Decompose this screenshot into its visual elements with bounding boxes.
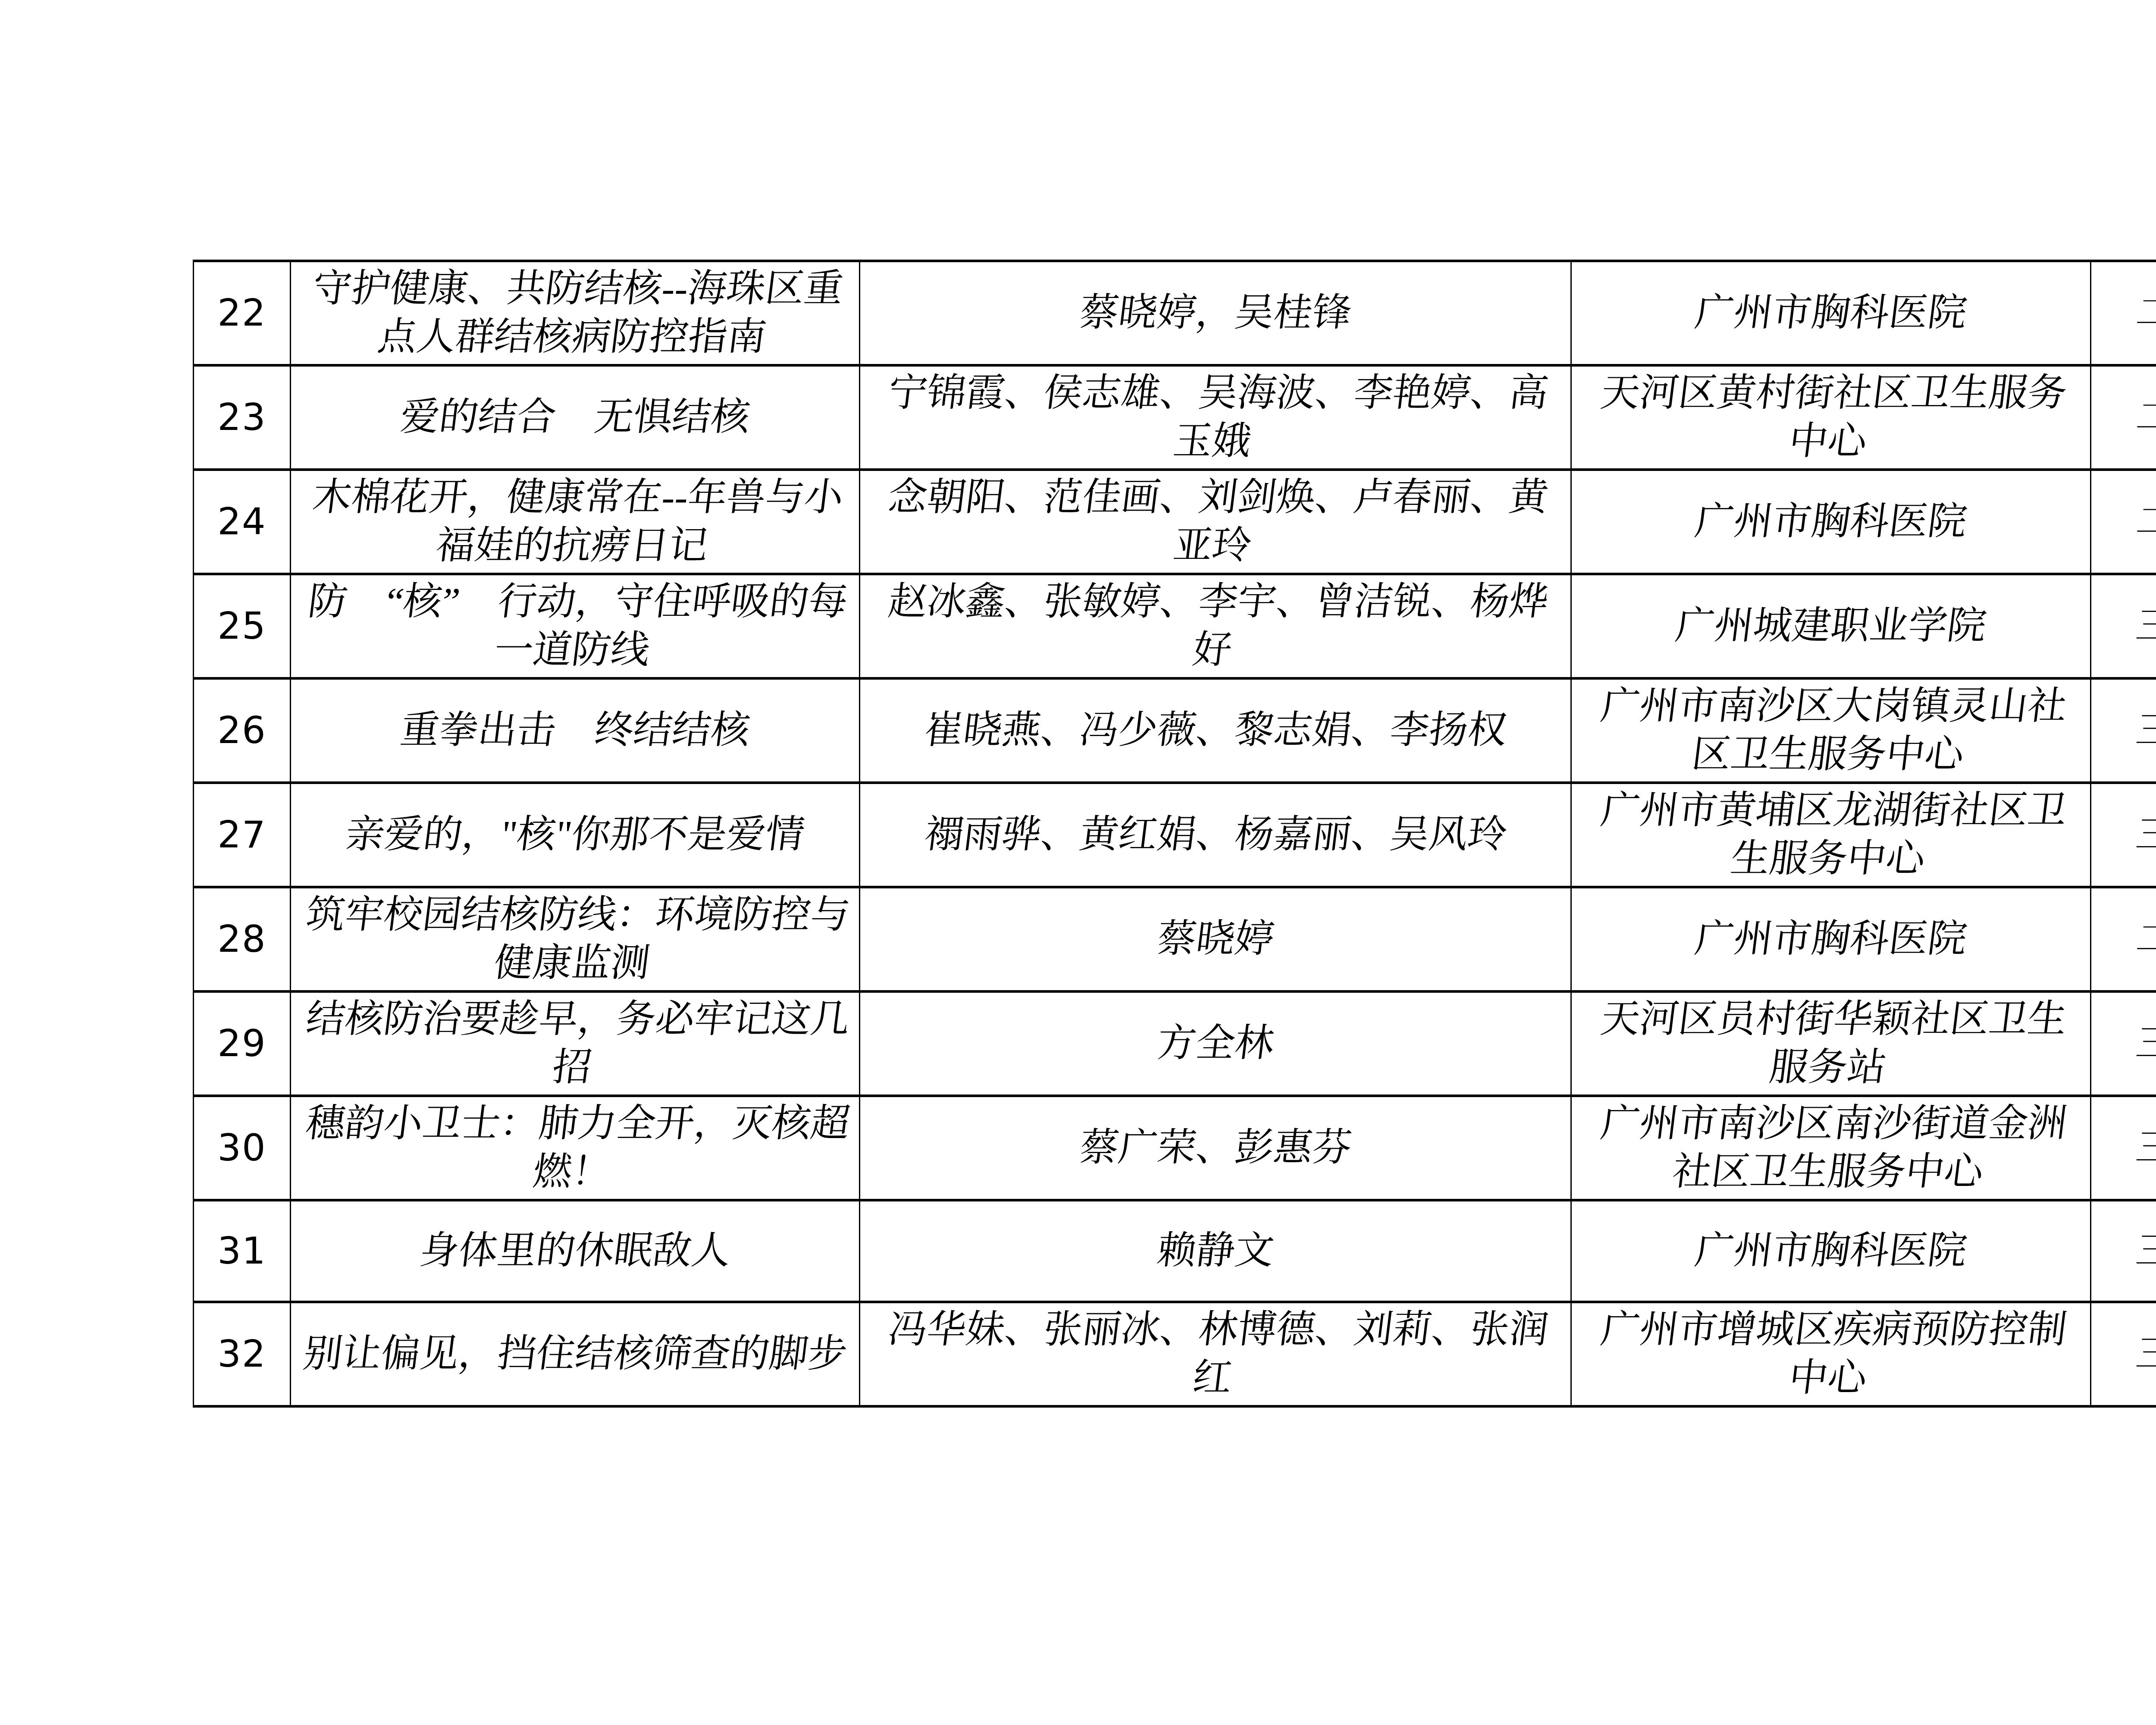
row-number-cell-text: 28 (217, 915, 266, 963)
award-cell: 二等奖 (2091, 887, 2156, 991)
organization-cell: 广州城建职业学院 (1571, 574, 2091, 678)
organization-cell-text: 天河区员村街华颖社区卫生服务站 (1574, 995, 2087, 1092)
organization-cell-text: 广州市增城区疾病预防控制中心 (1574, 1306, 2087, 1402)
award-cell-text: 三等奖 (2133, 602, 2156, 650)
title-cell: 筑牢校园结核防线：环境防控与健康监测 (291, 887, 860, 991)
authors-cell: 禤雨骅、黄红娟、杨嘉丽、吴风玲 (860, 783, 1571, 887)
row-number-cell-text: 22 (217, 289, 266, 337)
organization-cell-text: 广州市胸科医院 (1692, 498, 1970, 546)
award-cell-text: 三等奖 (2133, 1019, 2156, 1068)
authors-cell: 赖静文 (860, 1200, 1571, 1302)
title-cell-text: 别让偏见，挡住结核筛查的脚步 (301, 1330, 850, 1378)
organization-cell-text: 天河区黄村街社区卫生服务中心 (1574, 369, 2087, 466)
row-number-cell: 24 (194, 470, 291, 574)
authors-cell-text: 冯华妹、张丽冰、林博德、刘莉、张润红 (863, 1306, 1568, 1402)
award-cell-text: 三等奖 (2133, 706, 2156, 755)
organization-cell-text: 广州市胸科医院 (1692, 915, 1970, 963)
organization-cell: 天河区黄村街社区卫生服务中心 (1571, 365, 2091, 470)
title-cell: 守护健康、共防结核--海珠区重点人群结核病防控指南 (291, 261, 860, 365)
award-cell: 三等奖 (2091, 574, 2156, 678)
row-number-cell: 31 (194, 1200, 291, 1302)
row-number-cell: 32 (194, 1302, 291, 1406)
authors-cell: 蔡晓婷 (860, 887, 1571, 991)
authors-cell-text: 禤雨骅、黄红娟、杨嘉丽、吴风玲 (921, 811, 1510, 859)
award-cell-text: 二等奖 (2133, 915, 2156, 963)
table-row: 23爱的结合 无惧结核宁锦霞、侯志雄、吴海波、李艳婷、高玉娥天河区黄村街社区卫生… (194, 365, 2156, 470)
title-cell-text: 爱的结合 无惧结核 (398, 393, 753, 442)
organization-cell-text: 广州市黄埔区龙湖街社区卫生服务中心 (1574, 787, 2087, 883)
title-cell-text: 木棉花开，健康常在--年兽与小福娃的抗痨日记 (294, 474, 856, 570)
authors-cell-text: 赵冰鑫、张敏婷、李宇、曾洁锐、杨烨好 (863, 578, 1568, 674)
organization-cell-text: 广州市胸科医院 (1692, 289, 1970, 337)
award-cell-text: 三等奖 (2133, 811, 2156, 859)
award-cell: 二等奖 (2091, 470, 2156, 574)
title-cell: 别让偏见，挡住结核筛查的脚步 (291, 1302, 860, 1406)
row-number-cell-text: 31 (217, 1227, 266, 1275)
table-row: 28筑牢校园结核防线：环境防控与健康监测蔡晓婷广州市胸科医院二等奖 (194, 887, 2156, 991)
row-number-cell: 29 (194, 991, 291, 1096)
row-number-cell-text: 25 (217, 602, 266, 650)
table-row: 25防 “核” 行动，守住呼吸的每一道防线赵冰鑫、张敏婷、李宇、曾洁锐、杨烨好广… (194, 574, 2156, 678)
row-number-cell-text: 30 (217, 1124, 266, 1172)
organization-cell-text: 广州市南沙区南沙街道金洲社区卫生服务中心 (1574, 1100, 2087, 1196)
award-cell: 三等奖 (2091, 783, 2156, 887)
organization-cell-text: 广州市胸科医院 (1692, 1227, 1970, 1275)
award-cell: 三等奖 (2091, 1200, 2156, 1302)
title-cell: 结核防治要趁早，务必牢记这几招 (291, 991, 860, 1096)
title-cell-text: 筑牢校园结核防线：环境防控与健康监测 (294, 891, 856, 988)
organization-cell: 广州市胸科医院 (1571, 470, 2091, 574)
authors-cell-text: 蔡广荣、彭惠芬 (1077, 1124, 1354, 1172)
award-cell-text: 三等奖 (2133, 1330, 2156, 1378)
authors-cell-text: 崔晓燕、冯少薇、黎志娟、李扬权 (921, 706, 1510, 755)
row-number-cell-text: 27 (217, 811, 266, 859)
table-row: 31身体里的休眠敌人赖静文广州市胸科医院三等奖 (194, 1200, 2156, 1302)
award-cell-text: 二等奖 (2133, 498, 2156, 546)
title-cell: 重拳出击 终结结核 (291, 678, 860, 783)
title-cell: 爱的结合 无惧结核 (291, 365, 860, 470)
authors-cell-text: 宁锦霞、侯志雄、吴海波、李艳婷、高玉娥 (863, 369, 1568, 466)
organization-cell: 广州市增城区疾病预防控制中心 (1571, 1302, 2091, 1406)
document-page: 22守护健康、共防结核--海珠区重点人群结核病防控指南蔡晓婷，吴桂锋广州市胸科医… (0, 0, 2156, 1725)
award-cell: 三等奖 (2091, 678, 2156, 783)
authors-cell: 崔晓燕、冯少薇、黎志娟、李扬权 (860, 678, 1571, 783)
organization-cell-text: 广州市南沙区大岗镇灵山社区卫生服务中心 (1574, 682, 2087, 779)
awards-table-body: 22守护健康、共防结核--海珠区重点人群结核病防控指南蔡晓婷，吴桂锋广州市胸科医… (194, 261, 2156, 1406)
authors-cell: 宁锦霞、侯志雄、吴海波、李艳婷、高玉娥 (860, 365, 1571, 470)
title-cell-text: 防 “核” 行动，守住呼吸的每一道防线 (294, 578, 856, 674)
title-cell-text: 守护健康、共防结核--海珠区重点人群结核病防控指南 (294, 265, 856, 361)
award-cell-text: 三等奖 (2133, 1227, 2156, 1275)
award-cell: 三等奖 (2091, 1096, 2156, 1200)
award-cell-text: 三等奖 (2133, 1124, 2156, 1172)
awards-table: 22守护健康、共防结核--海珠区重点人群结核病防控指南蔡晓婷，吴桂锋广州市胸科医… (193, 260, 2156, 1408)
award-cell: 三等奖 (2091, 1302, 2156, 1406)
authors-cell-text: 蔡晓婷，吴桂锋 (1077, 289, 1354, 337)
authors-cell: 冯华妹、张丽冰、林博德、刘莉、张润红 (860, 1302, 1571, 1406)
organization-cell: 广州市胸科医院 (1571, 1200, 2091, 1302)
award-cell: 三等奖 (2091, 991, 2156, 1096)
table-row: 27亲爱的，"核"你那不是爱情禤雨骅、黄红娟、杨嘉丽、吴风玲广州市黄埔区龙湖街社… (194, 783, 2156, 887)
authors-cell: 方全林 (860, 991, 1571, 1096)
title-cell-text: 结核防治要趁早，务必牢记这几招 (294, 995, 856, 1092)
award-cell: 二等奖 (2091, 261, 2156, 365)
organization-cell: 广州市黄埔区龙湖街社区卫生服务中心 (1571, 783, 2091, 887)
row-number-cell: 22 (194, 261, 291, 365)
title-cell: 身体里的休眠敌人 (291, 1200, 860, 1302)
title-cell: 穗韵小卫士：肺力全开，灭核超燃！ (291, 1096, 860, 1200)
organization-cell: 天河区员村街华颖社区卫生服务站 (1571, 991, 2091, 1096)
authors-cell: 念朝阳、范佳画、刘剑焕、卢春丽、黄亚玲 (860, 470, 1571, 574)
authors-cell-text: 念朝阳、范佳画、刘剑焕、卢春丽、黄亚玲 (863, 474, 1568, 570)
authors-cell-text: 方全林 (1154, 1019, 1277, 1068)
row-number-cell: 27 (194, 783, 291, 887)
row-number-cell: 30 (194, 1096, 291, 1200)
table-row: 29结核防治要趁早，务必牢记这几招方全林天河区员村街华颖社区卫生服务站三等奖 (194, 991, 2156, 1096)
authors-cell: 蔡晓婷，吴桂锋 (860, 261, 1571, 365)
row-number-cell-text: 24 (217, 498, 266, 546)
row-number-cell: 25 (194, 574, 291, 678)
row-number-cell: 23 (194, 365, 291, 470)
organization-cell: 广州市南沙区大岗镇灵山社区卫生服务中心 (1571, 678, 2091, 783)
row-number-cell: 28 (194, 887, 291, 991)
award-cell-text: 二等奖 (2133, 289, 2156, 337)
table-row: 30穗韵小卫士：肺力全开，灭核超燃！蔡广荣、彭惠芬广州市南沙区南沙街道金洲社区卫… (194, 1096, 2156, 1200)
table-row: 32别让偏见，挡住结核筛查的脚步冯华妹、张丽冰、林博德、刘莉、张润红广州市增城区… (194, 1302, 2156, 1406)
title-cell-text: 穗韵小卫士：肺力全开，灭核超燃！ (294, 1100, 856, 1196)
table-row: 22守护健康、共防结核--海珠区重点人群结核病防控指南蔡晓婷，吴桂锋广州市胸科医… (194, 261, 2156, 365)
row-number-cell-text: 23 (217, 393, 266, 442)
table-row: 24木棉花开，健康常在--年兽与小福娃的抗痨日记念朝阳、范佳画、刘剑焕、卢春丽、… (194, 470, 2156, 574)
title-cell: 防 “核” 行动，守住呼吸的每一道防线 (291, 574, 860, 678)
title-cell: 木棉花开，健康常在--年兽与小福娃的抗痨日记 (291, 470, 860, 574)
organization-cell: 广州市南沙区南沙街道金洲社区卫生服务中心 (1571, 1096, 2091, 1200)
award-cell-text: 二等奖 (2133, 393, 2156, 442)
table-row: 26重拳出击 终结结核崔晓燕、冯少薇、黎志娟、李扬权广州市南沙区大岗镇灵山社区卫… (194, 678, 2156, 783)
organization-cell: 广州市胸科医院 (1571, 261, 2091, 365)
authors-cell-text: 蔡晓婷 (1154, 915, 1277, 963)
authors-cell: 蔡广荣、彭惠芬 (860, 1096, 1571, 1200)
row-number-cell-text: 32 (217, 1330, 266, 1378)
title-cell-text: 重拳出击 终结结核 (398, 706, 753, 755)
title-cell-text: 身体里的休眠敌人 (417, 1227, 733, 1275)
row-number-cell-text: 26 (217, 706, 266, 755)
authors-cell-text: 赖静文 (1154, 1227, 1277, 1275)
authors-cell: 赵冰鑫、张敏婷、李宇、曾洁锐、杨烨好 (860, 574, 1571, 678)
organization-cell-text: 广州城建职业学院 (1673, 602, 1989, 650)
row-number-cell: 26 (194, 678, 291, 783)
title-cell: 亲爱的，"核"你那不是爱情 (291, 783, 860, 887)
award-cell: 二等奖 (2091, 365, 2156, 470)
row-number-cell-text: 29 (217, 1019, 266, 1068)
organization-cell: 广州市胸科医院 (1571, 887, 2091, 991)
title-cell-text: 亲爱的，"核"你那不是爱情 (343, 811, 807, 859)
